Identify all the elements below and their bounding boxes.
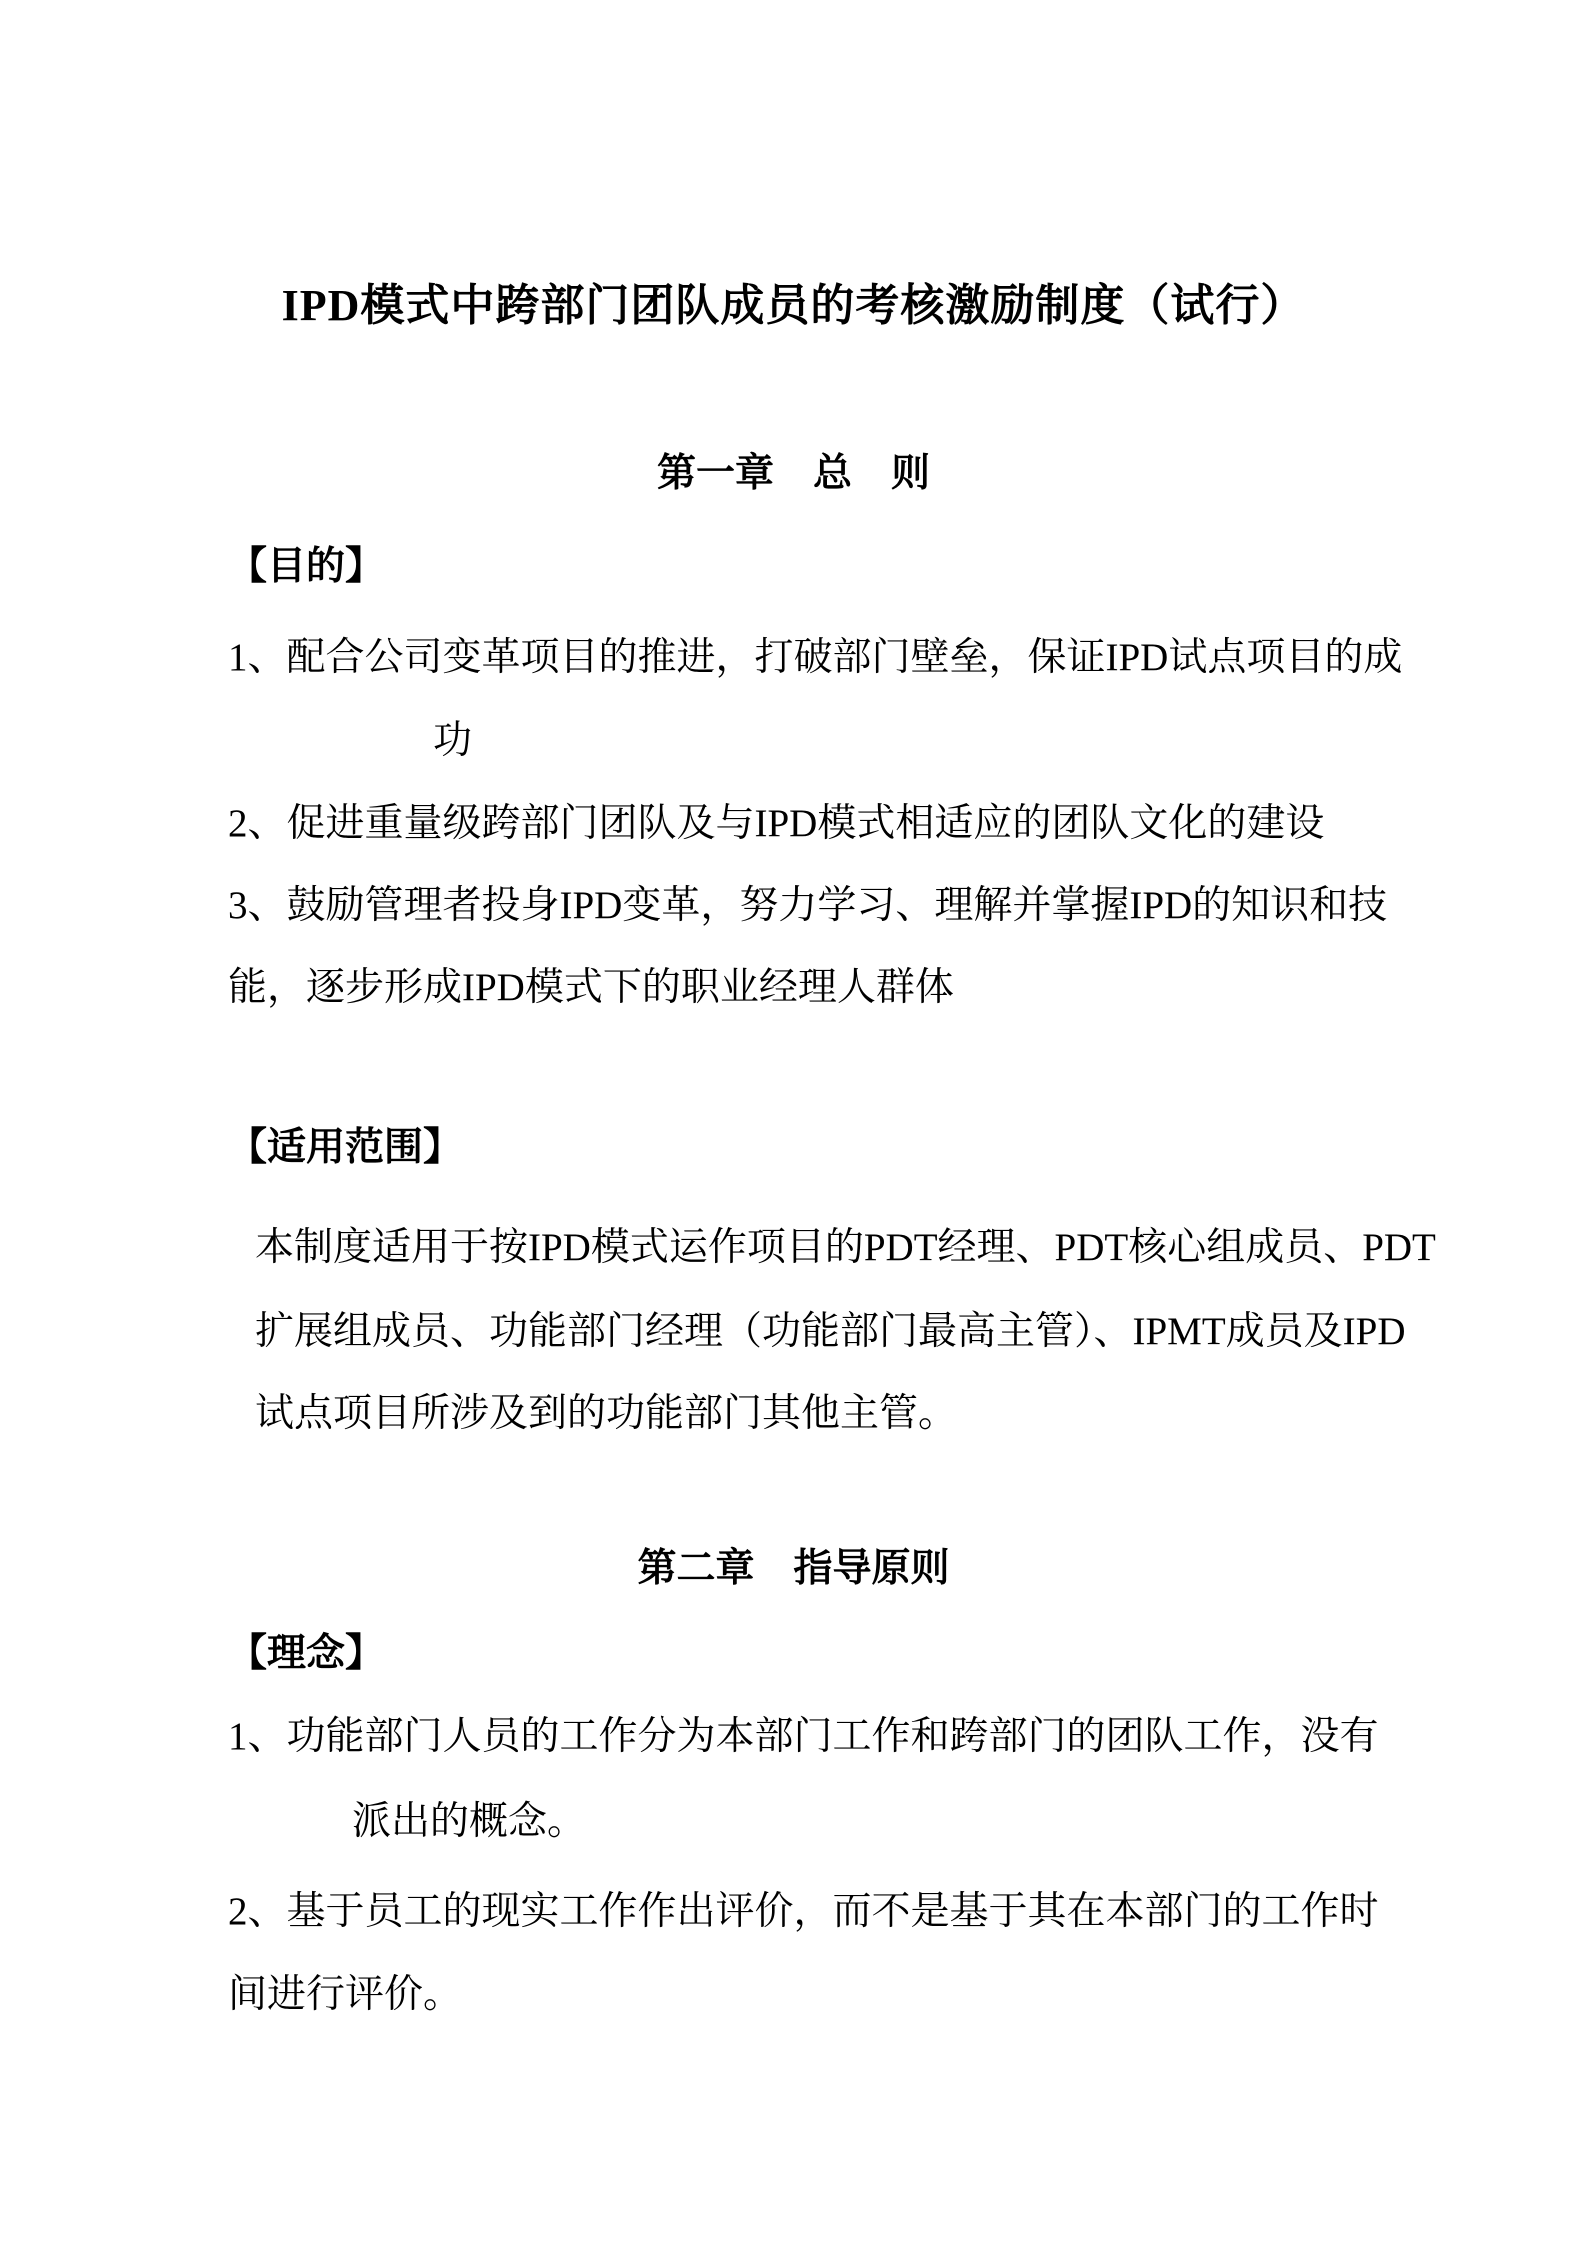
chapter-1-heading: 第一章 总 则 — [0, 450, 1587, 499]
purpose-line: 3、鼓励管理者投身IPD变革，努力学习、理解并掌握IPD的知识和技 — [228, 882, 1387, 931]
purpose-section-label: 【目的】 — [228, 543, 384, 592]
purpose-line-continuation: 能，逐步形成IPD模式下的职业经理人群体 — [228, 964, 954, 1013]
scope-line: 扩展组成员、功能部门经理（功能部门最高主管）、IPMT成员及IPD — [255, 1308, 1406, 1357]
scope-line: 本制度适用于按IPD模式运作项目的PDT经理、PDT核心组成员、PDT — [255, 1224, 1436, 1273]
document-page: IPD模式中跨部门团队成员的考核激励制度（试行） 第一章 总 则 【目的】 1、… — [0, 0, 1587, 2245]
document-title: IPD模式中跨部门团队成员的考核激励制度（试行） — [0, 278, 1587, 333]
scope-section-label: 【适用范围】 — [228, 1124, 462, 1173]
concept-line: 2、基于员工的现实工作作出评价，而不是基于其在本部门的工作时 — [228, 1888, 1379, 1937]
purpose-line: 1、配合公司变革项目的推进，打破部门壁垒，保证IPD试点项目的成 — [228, 634, 1402, 683]
concept-line: 1、功能部门人员的工作分为本部门工作和跨部门的团队工作，没有 — [228, 1713, 1379, 1762]
concept-line-continuation: 间进行评价。 — [228, 1971, 462, 2020]
purpose-line: 2、促进重量级跨部门团队及与IPD模式相适应的团队文化的建设 — [228, 800, 1324, 849]
chapter-2-heading: 第二章 指导原则 — [0, 1545, 1587, 1594]
concept-line-continuation: 派出的概念。 — [352, 1798, 586, 1847]
scope-line: 试点项目所涉及到的功能部门其他主管。 — [255, 1390, 957, 1439]
purpose-line-continuation: 功 — [433, 717, 472, 766]
concept-section-label: 【理念】 — [228, 1630, 384, 1679]
